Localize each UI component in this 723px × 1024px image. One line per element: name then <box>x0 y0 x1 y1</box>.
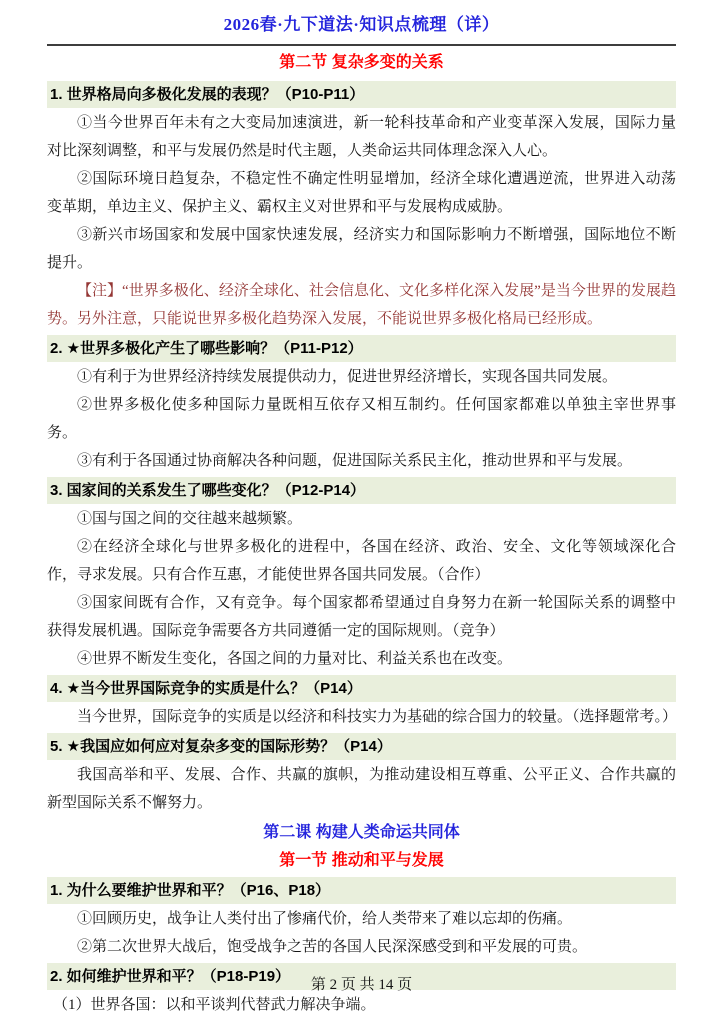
answer-paragraph: ①当今世界百年未有之大变局加速演进，新一轮科技革命和产业变革深入发展，国际力量对… <box>47 109 676 165</box>
page-number-footer: 第 2 页 共 14 页 <box>0 973 723 994</box>
answer-paragraph: ①有利于为世界经济持续发展提供动力，促进世界经济增长，实现各国共同发展。 <box>47 363 676 391</box>
answer-paragraph: ②世界多极化使多种国际力量既相互依存又相互制约。任何国家都难以单独主宰世界事务。 <box>47 391 676 447</box>
answer-paragraph: ③新兴市场国家和发展中国家快速发展，经济实力和国际影响力不断增强，国际地位不断提… <box>47 221 676 277</box>
question-heading-3: 3. 国家间的关系发生了哪些变化？（P12-P14） <box>47 477 676 504</box>
answer-paragraph: （1）世界各国：以和平谈判代替武力解决争端。 <box>47 991 676 1019</box>
answer-paragraph: ③有利于各国通过协商解决各种问题，促进国际关系民主化，推动世界和平与发展。 <box>47 447 676 475</box>
section-title-tuidong: 第一节 推动和平与发展 <box>47 847 676 875</box>
answer-paragraph: ②第二次世界大战后，饱受战争之苦的各国人民深深感受到和平发展的可贵。 <box>47 933 676 961</box>
answer-paragraph: ①回顾历史，战争让人类付出了惨痛代价，给人类带来了难以忘却的伤痛。 <box>47 905 676 933</box>
note-paragraph: 【注】“世界多极化、经济全球化、社会信息化、文化多样化深入发展”是当今世界的发展… <box>47 277 676 333</box>
header-divider <box>47 44 676 46</box>
question-heading-1: 1. 世界格局向多极化发展的表现？（P10-P11） <box>47 81 676 108</box>
question-heading-4: 4. ★当今世界国际竞争的实质是什么？（P14） <box>47 675 676 702</box>
answer-paragraph: 我国高举和平、发展、合作、共赢的旗帜，为推动建设相互尊重、公平正义、合作共赢的新… <box>47 761 676 817</box>
question-heading-b1: 1. 为什么要维护世界和平？（P16、P18） <box>47 877 676 904</box>
lesson-title-goujian: 第二课 构建人类命运共同体 <box>47 819 676 847</box>
answer-paragraph: ②在经济全球化与世界多极化的进程中，各国在经济、政治、安全、文化等领域深化合作，… <box>47 533 676 589</box>
document-page: 2026春·九下道法·知识点梳理（详） 第二节 复杂多变的关系 1. 世界格局向… <box>0 0 723 1024</box>
question-heading-5: 5. ★我国应如何应对复杂多变的国际形势？（P14） <box>47 733 676 760</box>
answer-paragraph: ③国家间既有合作，又有竞争。每个国家都希望通过自身努力在新一轮国际关系的调整中获… <box>47 589 676 645</box>
section-title-fuzaduobian: 第二节 复杂多变的关系 <box>47 50 676 76</box>
question-heading-2: 2. ★世界多极化产生了哪些影响？（P11-P12） <box>47 335 676 362</box>
doc-header-title: 2026春·九下道法·知识点梳理（详） <box>47 13 676 36</box>
answer-paragraph: 当今世界，国际竞争的实质是以经济和科技实力为基础的综合国力的较量。（选择题常考。… <box>47 703 676 731</box>
answer-paragraph: ②国际环境日趋复杂，不稳定性不确定性明显增加，经济全球化遭遇逆流，世界进入动荡变… <box>47 165 676 221</box>
answer-paragraph: ④世界不断发生变化，各国之间的力量对比、利益关系也在改变。 <box>47 645 676 673</box>
answer-paragraph: ①国与国之间的交往越来越频繁。 <box>47 505 676 533</box>
